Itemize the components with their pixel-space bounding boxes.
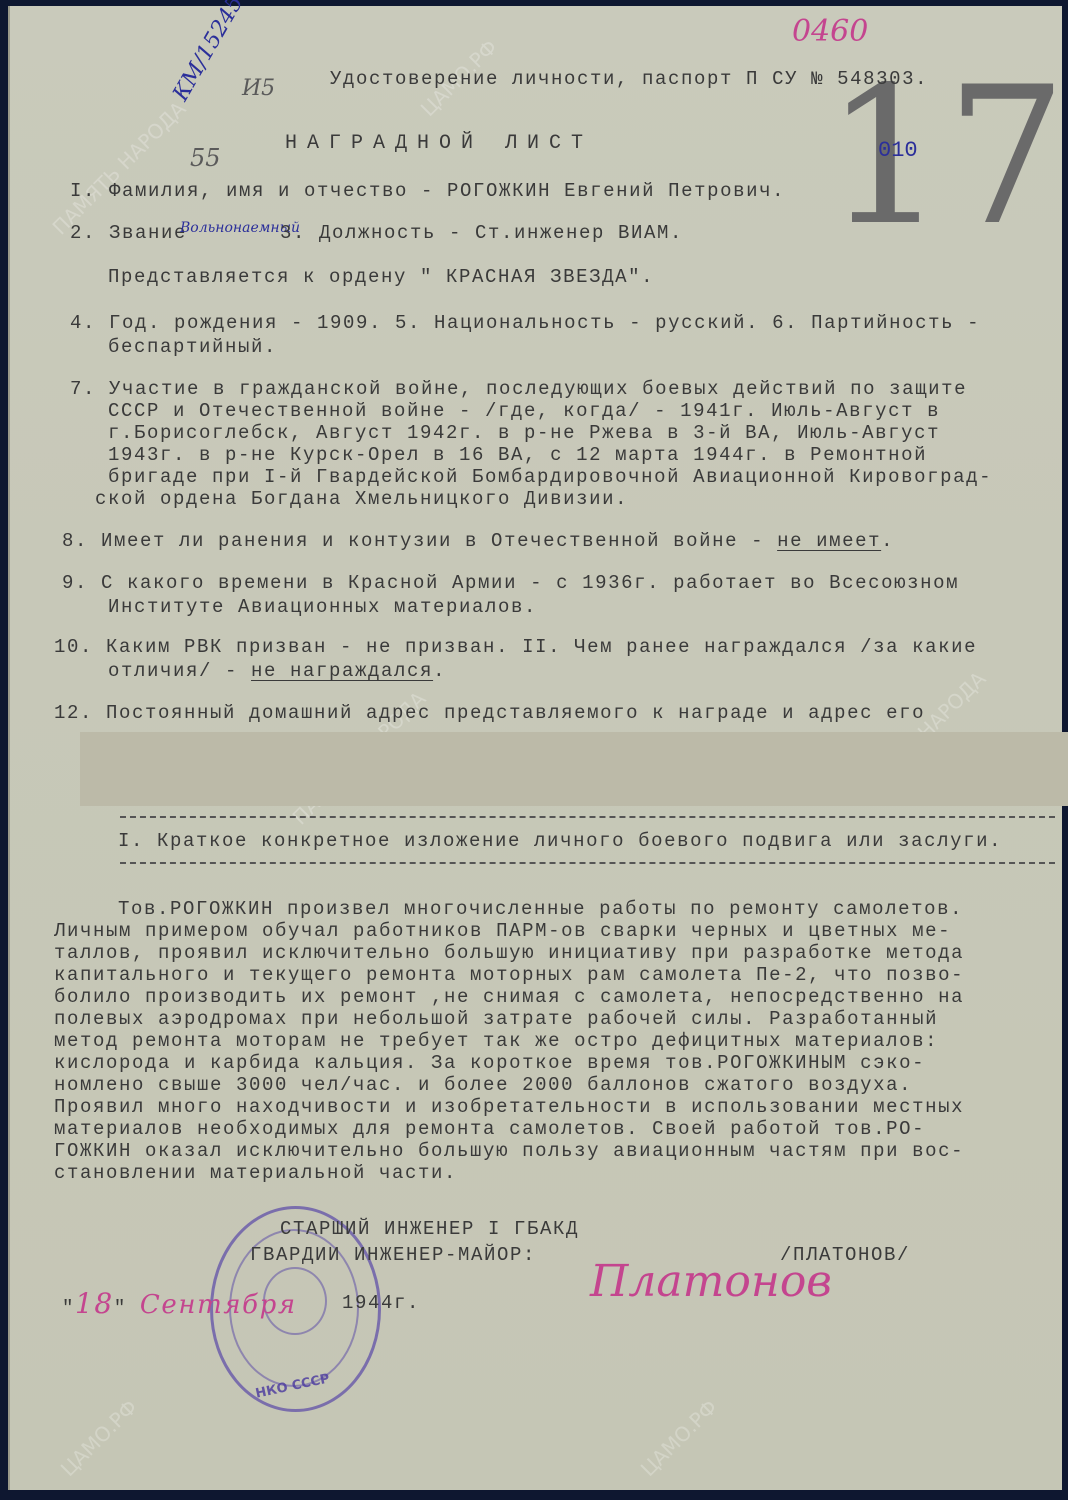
field-conscription-awards: 10. Каким РВК призван - не призван. II. … [54, 638, 977, 657]
handwritten-number: И5 [242, 76, 275, 101]
text-line: Тов.РОГОЖКИН произвел многочисленные раб… [118, 900, 963, 919]
date-month: Сентября [140, 1290, 297, 1320]
watermark: ЦАМО.РФ [636, 1395, 722, 1481]
text-line: СССР и Отечественной войне - /где, когда… [108, 402, 940, 421]
field-prior-awards-value: не награждался [251, 660, 433, 682]
redacted-address-block [80, 732, 1068, 806]
text-line: номлено свыше 3000 чел/час. и более 2000… [54, 1076, 912, 1095]
text-line: Проявил много находчивости и изобретател… [54, 1098, 964, 1117]
page-title: НАГРАДНОЙ ЛИСТ [285, 134, 593, 154]
text-line: таллов, проявил исключительно большую ин… [54, 944, 964, 963]
divider [120, 862, 1055, 864]
passport-note: Удостоверение личности, паспорт П СУ № 5… [330, 70, 928, 89]
text-line: бригаде при I-й Гвардейской Бомбардирово… [108, 468, 992, 487]
handwritten-number: 55 [190, 144, 221, 172]
date-day: 18 [75, 1287, 114, 1320]
watermark: ПАМЯТЬ НАРОДА [48, 97, 191, 240]
text-line: Личным примером обучал работников ПАРМ-о… [54, 922, 951, 941]
field-home-address: 12. Постоянный домашний адрес представля… [54, 704, 925, 723]
date-year: 1944г. [342, 1294, 420, 1313]
divider [120, 816, 1055, 818]
field-position: 3. Должность - Ст.инженер ВИАМ. [280, 224, 683, 243]
field-party-value: беспартийный. [108, 338, 277, 357]
text-line: материалов необходимых для ремонта самол… [54, 1120, 925, 1139]
text-line: 1943г. в р-не Курск-Орел в 16 ВА, с 12 м… [108, 446, 927, 465]
field-army-service: 9. С какого времени в Красной Армии - с … [62, 574, 959, 593]
field-prior-awards: отличия/ - не награждался. [108, 662, 446, 681]
section-heading: I. Краткое конкретное изложение личного … [118, 832, 1002, 851]
field-wounds: 8. Имеет ли ранения и контузии в Отечест… [62, 532, 894, 551]
field-army-service-cont: Институте Авиационных материалов. [108, 598, 537, 617]
text-line: капитального и текущего ремонта моторных… [54, 966, 964, 985]
field-prior-awards-label: отличия/ - [108, 660, 251, 682]
presented-for: Представляется к ордену " КРАСНАЯ ЗВЕЗДА… [108, 268, 654, 287]
field-wounds-value: не имеет [777, 530, 881, 552]
text-line: становлении материальной части. [54, 1164, 457, 1183]
text-line: ГОЖКИН оказал исключительно большую поль… [54, 1142, 964, 1161]
field-wounds-label: 8. Имеет ли ранения и контузии в Отечест… [62, 530, 777, 552]
stamped-number: 010 [878, 138, 918, 163]
sign-date: "18" Сентября [62, 1290, 297, 1318]
field-birth-nationality-party: 4. Год. рождения - 1909. 5. Национальнос… [70, 314, 980, 333]
field-rank-label: 2. Звание [70, 224, 187, 243]
field-full-name: I. Фамилия, имя и отчество - РОГОЖКИН Ев… [70, 182, 785, 201]
text-line: метод ремонта моторам не требует так же … [54, 1032, 938, 1051]
text-line: ской ордена Богдана Хмельницкого Дивизии… [95, 490, 628, 509]
text-line: 7. Участие в гражданской войне, последую… [70, 380, 967, 399]
signer-rank: ГВАРДИИ ИНЖЕНЕР-МАЙОР: [250, 1246, 536, 1265]
text-line: полевых аэродромах при небольшой затрате… [54, 1010, 938, 1029]
archive-code-handwritten: КМ/15245 [168, 0, 248, 105]
handwritten-number: 0460 [792, 14, 868, 49]
text-line: г.Борисоглебск, Август 1942г. в р-не Рже… [108, 424, 940, 443]
signer-title: СТАРШИЙ ИНЖЕНЕР I ГБАКД [280, 1220, 579, 1239]
award-sheet-page: ПАМЯТЬ НАРОДА ЦАМО.РФ ПАМЯТЬ НАРОДА ПАМЯ… [8, 6, 1062, 1490]
text-line: кислорода и карбида кальция. За короткое… [54, 1054, 925, 1073]
watermark: ЦАМО.РФ [56, 1395, 142, 1481]
signature: Платонов [590, 1256, 832, 1307]
text-line: болило производить их ремонт ,не снимая … [54, 988, 964, 1007]
